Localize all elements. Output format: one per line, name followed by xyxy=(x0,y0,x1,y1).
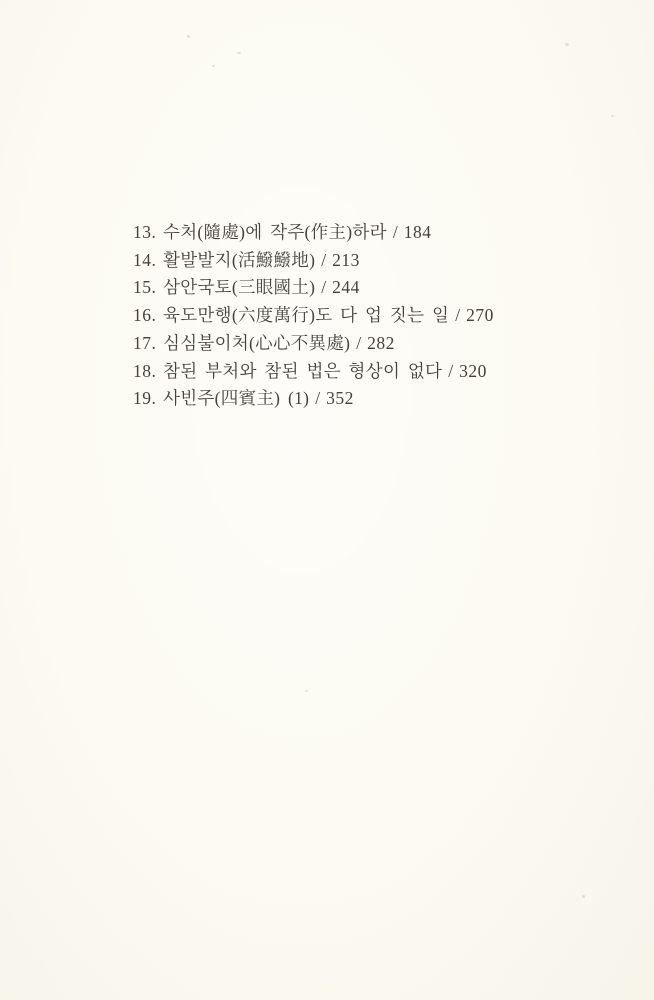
toc-entry-number: 19. xyxy=(133,385,163,413)
toc-entry-page: 184 xyxy=(404,219,432,247)
toc-entry-title: 사빈주(四賓主) (1) xyxy=(163,385,309,413)
scanned-book-page: 13. 수처(隨處)에 작주(作主)하라 / 184 14. 활발발지(活鱍鱍地… xyxy=(0,0,654,1000)
scan-speck xyxy=(305,690,308,692)
toc-entry-title: 심심불이처(心心不異處) xyxy=(163,330,350,358)
toc-entry: 16. 육도만행(六度萬行)도 다 업 짓는 일 / 270 xyxy=(133,302,494,330)
scan-speck xyxy=(565,43,569,46)
toc-entry: 19. 사빈주(四賓主) (1) / 352 xyxy=(133,385,494,413)
toc-separator: / xyxy=(356,330,361,358)
toc-separator: / xyxy=(448,358,453,386)
scan-speck xyxy=(187,35,190,38)
toc-entry-page: 244 xyxy=(332,274,360,302)
toc-entry-title: 수처(隨處)에 작주(作主)하라 xyxy=(163,219,387,247)
toc-separator: / xyxy=(321,274,326,302)
toc-entry: 18. 참된 부처와 참된 법은 형상이 없다 / 320 xyxy=(133,358,494,386)
toc-entry-page: 270 xyxy=(466,302,494,330)
toc-entry: 17. 심심불이처(心心不異處) / 282 xyxy=(133,330,494,358)
toc-separator: / xyxy=(393,219,398,247)
toc-entry: 14. 활발발지(活鱍鱍地) / 213 xyxy=(133,247,494,275)
toc-entry-page: 320 xyxy=(459,358,487,386)
scan-speck xyxy=(237,52,241,54)
table-of-contents: 13. 수처(隨處)에 작주(作主)하라 / 184 14. 활발발지(活鱍鱍地… xyxy=(133,219,494,413)
toc-entry-number: 13. xyxy=(133,219,163,247)
toc-entry-number: 18. xyxy=(133,358,163,386)
toc-entry-number: 16. xyxy=(133,302,163,330)
toc-entry-title: 활발발지(活鱍鱍地) xyxy=(163,247,315,275)
toc-separator: / xyxy=(321,247,326,275)
scan-speck xyxy=(212,65,215,67)
toc-entry-page: 352 xyxy=(326,385,354,413)
toc-entry-number: 15. xyxy=(133,274,163,302)
toc-entry-page: 213 xyxy=(332,247,360,275)
scan-speck xyxy=(611,115,614,117)
toc-separator: / xyxy=(455,302,460,330)
toc-separator: / xyxy=(315,385,320,413)
toc-entry-number: 17. xyxy=(133,330,163,358)
toc-entry-page: 282 xyxy=(367,330,395,358)
toc-entry: 13. 수처(隨處)에 작주(作主)하라 / 184 xyxy=(133,219,494,247)
toc-entry-number: 14. xyxy=(133,247,163,275)
scan-speck xyxy=(582,895,585,898)
toc-entry: 15. 삼안국토(三眼國土) / 244 xyxy=(133,274,494,302)
toc-entry-title: 참된 부처와 참된 법은 형상이 없다 xyxy=(163,358,442,386)
toc-entry-title: 육도만행(六度萬行)도 다 업 짓는 일 xyxy=(163,302,449,330)
toc-entry-title: 삼안국토(三眼國土) xyxy=(163,274,315,302)
